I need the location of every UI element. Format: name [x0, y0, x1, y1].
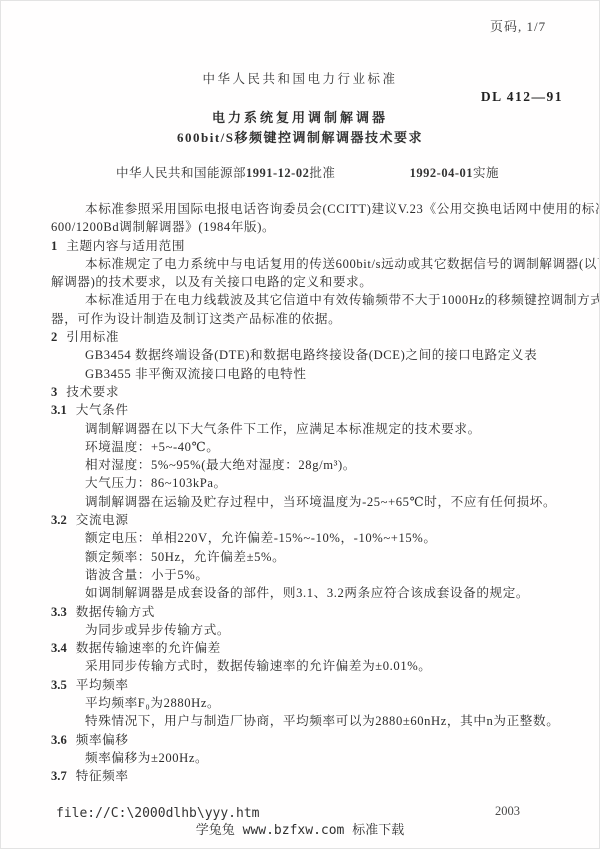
- line-text: 数据传输速率的允许偏差: [76, 641, 221, 655]
- line-text: 大气条件: [76, 403, 129, 417]
- line-text: 平均频率F₀为2880Hz。: [85, 696, 220, 710]
- line-text: 技术要求: [66, 385, 119, 399]
- implementation-right: 1992-04-01实施: [410, 163, 499, 181]
- document-page: 页码, 1/7 中华人民共和国电力行业标准 DL 412—91 电力系统复用调制…: [0, 0, 600, 849]
- line-text: 如调制解调器是成套设备的部件，则3.1、3.2两条应符合该成套设备的规定。: [85, 586, 529, 600]
- section-heading: 3.1大气条件: [51, 401, 565, 419]
- body-line: 特殊情况下，用户与制造厂协商，平均频率可以为2880±60nHz，其中n为正整数…: [51, 712, 565, 730]
- line-text: 本标准适用于在电力线载波及其它信道中有效传输频带不大于1000Hz的移频键控调制…: [85, 293, 600, 307]
- body-line: 器，可作为设计制造及制订这类产品标准的依据。: [51, 310, 565, 328]
- line-text: 引用标准: [66, 330, 119, 344]
- body-line: 频率偏移为±200Hz。: [51, 749, 565, 767]
- line-text: 调制解调器在以下大气条件下工作，应满足本标准规定的技术要求。: [85, 422, 481, 436]
- standard-org-title: 中华人民共和国电力行业标准: [1, 69, 599, 87]
- section-heading: 3.3数据传输方式: [51, 603, 565, 621]
- body-line: 采用同步传输方式时，数据传输速率的允许偏差为±0.01%。: [51, 657, 565, 675]
- section-heading: 1主题内容与适用范围: [51, 237, 565, 255]
- line-text: 器，可作为设计制造及制订这类产品标准的依据。: [51, 312, 341, 326]
- section-number: 3: [51, 385, 57, 399]
- body-line: GB3455 非平衡双流接口电路的电特性: [51, 365, 565, 383]
- body-line: 本标准参照采用国际电报电话咨询委员会(CCITT)建议V.23《公用交换电话网中…: [51, 200, 565, 218]
- body-line: GB3454 数据终端设备(DTE)和数据电路终接设备(DCE)之间的接口电路定…: [51, 346, 565, 364]
- line-text: 数据传输方式: [76, 605, 155, 619]
- line-text: 特殊情况下，用户与制造厂协商，平均频率可以为2880±60nHz，其中n为正整数…: [85, 714, 559, 728]
- line-text: 大气压力：86~103kPa。: [85, 476, 227, 490]
- implementation-suffix: 实施: [473, 166, 499, 180]
- watermark-text: 学兔兔 www.bzfxw.com 标准下载: [1, 819, 599, 838]
- section-number: 3.4: [51, 641, 67, 655]
- approval-date: 1991-12-02: [246, 166, 309, 180]
- section-heading: 2引用标准: [51, 328, 565, 346]
- body-line: 本标准适用于在电力线载波及其它信道中有效传输频带不大于1000Hz的移频键控调制…: [51, 291, 565, 309]
- section-heading: 3.2交流电源: [51, 511, 565, 529]
- line-text: 本标准参照采用国际电报电话咨询委员会(CCITT)建议V.23《公用交换电话网中…: [85, 202, 600, 216]
- body-line: 大气压力：86~103kPa。: [51, 474, 565, 492]
- body-line: 相对湿度：5%~95%(最大绝对湿度：28g/m³)。: [51, 456, 565, 474]
- document-title-line1: 电力系统复用调制解调器: [1, 107, 599, 126]
- body-line: 调制解调器在以下大气条件下工作，应满足本标准规定的技术要求。: [51, 420, 565, 438]
- line-text: 解调器)的技术要求，以及有关接口电路的定义和要求。: [51, 275, 372, 289]
- line-text: 环境温度：+5~-40℃。: [85, 440, 219, 454]
- line-text: 调制解调器在运输及贮存过程中，当环境温度为-25~+65℃时，不应有任何损坏。: [85, 495, 556, 509]
- line-text: 采用同步传输方式时，数据传输速率的允许偏差为±0.01%。: [85, 659, 432, 673]
- line-text: 谐波含量：小于5%。: [85, 568, 209, 582]
- line-text: 频率偏移: [76, 733, 129, 747]
- section-number: 3.7: [51, 769, 67, 783]
- standard-body-text: 本标准参照采用国际电报电话咨询委员会(CCITT)建议V.23《公用交换电话网中…: [51, 200, 565, 786]
- section-number: 3.2: [51, 513, 67, 527]
- body-line: 600/1200Bd调制解调器》(1984年版)。: [51, 218, 565, 236]
- page-number-label: 页码, 1/7: [490, 16, 546, 35]
- line-text: 600/1200Bd调制解调器》(1984年版)。: [51, 220, 275, 234]
- section-heading: 3.6频率偏移: [51, 731, 565, 749]
- section-number: 3.5: [51, 678, 67, 692]
- document-title-line2: 600bit/S移频键控调制解调器技术要求: [1, 127, 599, 146]
- line-text: 平均频率: [76, 678, 129, 692]
- line-text: 本标准规定了电力系统中与电话复用的传送600bit/s远动或其它数据信号的调制解…: [85, 257, 600, 271]
- section-number: 3.6: [51, 733, 67, 747]
- body-line: 本标准规定了电力系统中与电话复用的传送600bit/s远动或其它数据信号的调制解…: [51, 255, 565, 273]
- line-text: 主题内容与适用范围: [66, 239, 185, 253]
- body-line: 谐波含量：小于5%。: [51, 566, 565, 584]
- body-line: 调制解调器在运输及贮存过程中，当环境温度为-25~+65℃时，不应有任何损坏。: [51, 493, 565, 511]
- line-text: 频率偏移为±200Hz。: [85, 751, 208, 765]
- body-line: 如调制解调器是成套设备的部件，则3.1、3.2两条应符合该成套设备的规定。: [51, 584, 565, 602]
- body-line: 解调器)的技术要求，以及有关接口电路的定义和要求。: [51, 273, 565, 291]
- body-line: 额定频率：50Hz，允许偏差±5%。: [51, 548, 565, 566]
- footer-year: 2003: [495, 804, 520, 819]
- approval-left-suffix: 批准: [309, 166, 335, 180]
- line-text: 额定频率：50Hz，允许偏差±5%。: [85, 550, 285, 564]
- line-text: GB3454 数据终端设备(DTE)和数据电路终接设备(DCE)之间的接口电路定…: [85, 348, 537, 362]
- line-text: 额定电压：单相220V，允许偏差-15%~-10%，-10%~+15%。: [85, 531, 437, 545]
- section-number: 3.1: [51, 403, 67, 417]
- line-text: 特征频率: [76, 769, 129, 783]
- implementation-date: 1992-04-01: [410, 166, 473, 180]
- line-text: 相对湿度：5%~95%(最大绝对湿度：28g/m³)。: [85, 458, 356, 472]
- body-line: 额定电压：单相220V，允许偏差-15%~-10%，-10%~+15%。: [51, 529, 565, 547]
- standard-number: DL 412—91: [481, 89, 563, 105]
- section-heading: 3技术要求: [51, 383, 565, 401]
- section-heading: 3.7特征频率: [51, 767, 565, 785]
- approval-left: 中华人民共和国能源部1991-12-02批准: [116, 163, 335, 181]
- body-line: 环境温度：+5~-40℃。: [51, 438, 565, 456]
- section-heading: 3.5平均频率: [51, 676, 565, 694]
- section-number: 2: [51, 330, 57, 344]
- line-text: 为同步或异步传输方式。: [85, 623, 230, 637]
- section-number: 3.3: [51, 605, 67, 619]
- line-text: GB3455 非平衡双流接口电路的电特性: [85, 367, 307, 381]
- body-line: 平均频率F₀为2880Hz。: [51, 694, 565, 712]
- approval-line: 中华人民共和国能源部1991-12-02批准 1992-04-01实施: [116, 163, 499, 181]
- section-number: 1: [51, 239, 57, 253]
- body-line: 为同步或异步传输方式。: [51, 621, 565, 639]
- approval-left-prefix: 中华人民共和国能源部: [116, 166, 246, 180]
- section-heading: 3.4数据传输速率的允许偏差: [51, 639, 565, 657]
- line-text: 交流电源: [76, 513, 129, 527]
